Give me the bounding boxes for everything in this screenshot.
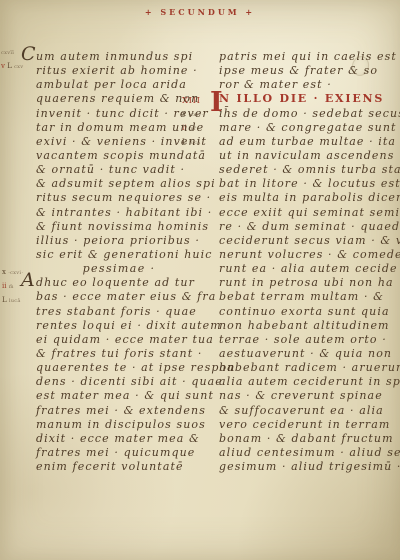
line-text: ritus exierit ab homine · bbox=[36, 64, 198, 77]
running-title: + SECUNDUM + bbox=[0, 7, 400, 17]
line-text: gesimum · aliud trigesimū · bbox=[219, 460, 400, 473]
line-text: rentes loqui ei · dixit autem bbox=[36, 319, 222, 332]
manuscript-line: habebant radicem · aruerunt · bbox=[219, 361, 389, 375]
line-text: ambulat per loca arida bbox=[36, 78, 187, 91]
manuscript-line: ceciderunt secus viam · & ve bbox=[219, 234, 389, 248]
line-text: bat in litore · & locutus est bbox=[219, 177, 400, 190]
manuscript-line: est mater mea · & qui sunt bbox=[36, 389, 202, 403]
line-text: nerunt volucres · & comede bbox=[219, 248, 400, 261]
line-text: vero ceciderunt in terram bbox=[219, 418, 390, 431]
manuscript-line: vacantem scopis mundatā bbox=[36, 149, 202, 163]
manuscript-line: bas · ecce mater eius & fra bbox=[36, 290, 202, 304]
line-text: & adsumit septem alios spi bbox=[36, 177, 216, 190]
line-text: bas · ecce mater eius & fra bbox=[36, 290, 216, 303]
line-text: patris mei qui in caelis est · bbox=[219, 50, 400, 63]
line-text: dixit · ecce mater mea & bbox=[36, 432, 200, 445]
line-text: sederet · & omnis turba sta bbox=[219, 163, 400, 176]
line-text: terrae · sole autem orto · bbox=[219, 333, 387, 346]
manuscript-line: rentes loqui ei · dixit autem bbox=[36, 319, 202, 333]
manuscript-line: dens · dicenti sibi ait · quae bbox=[36, 375, 202, 389]
manuscript-line: aliud centesimum · aliud sexa bbox=[219, 446, 389, 460]
line-text: dhuc eo loquente ad tur bbox=[36, 276, 195, 289]
line-text: bebat terram multam · & bbox=[219, 290, 384, 303]
line-text: ut in naviculam ascendens bbox=[219, 149, 394, 162]
manuscript-line: & ornatū · tunc vadit · bbox=[36, 163, 202, 177]
manuscript-line: & suffocaverunt ea · alia bbox=[219, 404, 389, 418]
line-text: ritus secum nequiores se · bbox=[36, 191, 211, 204]
line-text: non habebant altitudinem bbox=[219, 319, 390, 332]
text-column-left: Cum autem inmundus spiritus exierit ab h… bbox=[36, 50, 202, 474]
manuscript-line: non habebant altitudinem bbox=[219, 319, 389, 333]
margin-tiny-mark: m̄ bbox=[9, 284, 14, 290]
line-text: continuo exorta sunt quia bbox=[219, 305, 390, 318]
margin-tiny-mark: lucā bbox=[9, 298, 21, 304]
line-text: habebant radicem · aruerunt · bbox=[219, 361, 400, 374]
line-text: vacantem scopis mundatā bbox=[36, 149, 206, 162]
line-text: runt ea · alia autem cecide bbox=[219, 262, 398, 275]
line-text: alia autem ceciderunt in spi bbox=[219, 375, 400, 388]
manuscript-line: pessimae · bbox=[36, 262, 202, 276]
line-text: manum in discipulos suos bbox=[36, 418, 206, 431]
line-text: ei quidam · ecce mater tua bbox=[36, 333, 214, 346]
line-text: invenit · tunc dicit · rever bbox=[36, 107, 209, 120]
manuscript-line: enim fecerit voluntatē bbox=[36, 460, 202, 474]
line-text: fratres mei · quicumque bbox=[36, 446, 195, 459]
manuscript-line: bat in litore · & locutus est bbox=[219, 177, 389, 191]
line-text: aestuaverunt · & quia non bbox=[219, 347, 392, 360]
line-text: ceciderunt secus viam · & ve bbox=[219, 234, 400, 247]
manuscript-line: ih̄s de domo · sedebat secus bbox=[219, 107, 389, 121]
manuscript-line: fratres mei · & extendens bbox=[36, 404, 202, 418]
manuscript-line: nerunt volucres · & comede bbox=[219, 248, 389, 262]
manuscript-line: & intrantes · habitant ibi · bbox=[36, 206, 202, 220]
line-text: runt in petrosa ubi non ha bbox=[219, 276, 394, 289]
manuscript-line: bebat terram multam · & bbox=[219, 290, 389, 304]
line-text: enim fecerit voluntatē bbox=[36, 460, 184, 473]
line-text: ecce exiit qui seminat semina bbox=[219, 206, 400, 219]
line-text: bonam · & dabant fructum bbox=[219, 432, 394, 445]
manuscript-line: sederet · & omnis turba sta bbox=[219, 163, 389, 177]
line-text: & fratres tui foris stant · bbox=[36, 347, 202, 360]
manuscript-line: ad eum turbae multae · ita bbox=[219, 135, 389, 149]
manuscript-line: manum in discipulos suos bbox=[36, 418, 202, 432]
manuscript-line: illius · peiora prioribus · bbox=[36, 234, 202, 248]
margin-red-mark: ii bbox=[2, 282, 9, 290]
line-text: aliud centesimum · aliud sexa bbox=[219, 446, 400, 459]
margin-tiny-mark: cxvīī bbox=[1, 50, 14, 56]
manuscript-line: & fratres tui foris stant · bbox=[36, 347, 202, 361]
line-text: illius · peiora prioribus · bbox=[36, 234, 200, 247]
manuscript-line: runt in petrosa ubi non ha bbox=[219, 276, 389, 290]
line-text: ad eum turbae multae · ita bbox=[219, 135, 396, 148]
line-text: ih̄s de domo · sedebat secus bbox=[219, 107, 400, 120]
line-text: nas · & creverunt spinae bbox=[219, 389, 383, 402]
manuscript-line: fratres mei · quicumque bbox=[36, 446, 202, 460]
line-text: & fiunt novissima hominis bbox=[36, 220, 209, 233]
manuscript-line: & fiunt novissima hominis bbox=[36, 220, 202, 234]
manuscript-line: continuo exorta sunt quia bbox=[219, 305, 389, 319]
manuscript-line: tar in domum meam unde bbox=[36, 121, 202, 135]
manuscript-line: runt ea · alia autem cecide bbox=[219, 262, 389, 276]
manuscript-line: ritus exierit ab homine · bbox=[36, 64, 202, 78]
manuscript-line: ut in naviculam ascendens bbox=[219, 149, 389, 163]
manuscript-line: mare · & congregatae sunt bbox=[219, 121, 389, 135]
manuscript-line: re · & dum seminat · quaedā bbox=[219, 220, 389, 234]
manuscript-line: vero ceciderunt in terram bbox=[219, 418, 389, 432]
margin-note-row: L lucā bbox=[2, 292, 23, 306]
line-text: ror & mater est · bbox=[219, 78, 332, 91]
manuscript-line: quaerens requiem & non bbox=[36, 92, 202, 106]
line-text: N ILLO DIE · EXIENS bbox=[219, 92, 384, 105]
manuscript-line: bonam · & dabant fructum bbox=[219, 432, 389, 446]
manuscript-line: Cum autem inmundus spi bbox=[36, 50, 202, 64]
manuscript-line: ritus secum nequiores se · bbox=[36, 191, 202, 205]
line-text: re · & dum seminat · quaedā bbox=[219, 220, 400, 233]
manuscript-line: sic erit & generationi huic bbox=[36, 248, 202, 262]
margin-big-mark: L bbox=[2, 296, 9, 304]
manuscript-line: alia autem ceciderunt in spi bbox=[219, 375, 389, 389]
manuscript-line: invenit · tunc dicit · rever bbox=[36, 107, 202, 121]
line-text: tar in domum meam unde bbox=[36, 121, 204, 134]
manuscript-line: & adsumit septem alios spi bbox=[36, 177, 202, 191]
line-text: & suffocaverunt ea · alia bbox=[219, 404, 384, 417]
manuscript-page: + SECUNDUM + cxvīī v L cxv x ·cxvi· ii m… bbox=[0, 0, 400, 560]
line-text: quaerentes te · at ipse respon bbox=[36, 361, 235, 374]
line-text: pessimae · bbox=[83, 262, 156, 275]
manuscript-line: quaerentes te · at ipse respon bbox=[36, 361, 202, 375]
manuscript-line: Adhuc eo loquente ad tur bbox=[36, 276, 202, 290]
manuscript-line: terrae · sole autem orto · bbox=[219, 333, 389, 347]
line-text: fratres mei · & extendens bbox=[36, 404, 206, 417]
manuscript-line: exivi · & veniens · invenit bbox=[36, 135, 202, 149]
manuscript-line: gesimum · aliud trigesimū · bbox=[219, 460, 389, 474]
manuscript-line: dixit · ecce mater mea & bbox=[36, 432, 202, 446]
line-text: tres stabant foris · quae bbox=[36, 305, 197, 318]
manuscript-line: ambulat per loca arida bbox=[36, 78, 202, 92]
line-text: & intrantes · habitant ibi · bbox=[36, 206, 212, 219]
line-text: est mater mea · & qui sunt bbox=[36, 389, 214, 402]
line-text: mare · & congregatae sunt bbox=[219, 121, 397, 134]
line-text: exivi · & veniens · invenit bbox=[36, 135, 207, 148]
manuscript-line: ror & mater est · bbox=[219, 78, 389, 92]
text-column-right: patris mei qui in caelis est ·ipse meus … bbox=[219, 50, 389, 474]
line-text: um autem inmundus spi bbox=[36, 50, 193, 63]
manuscript-line: eis multa in parabolis dicens · bbox=[219, 191, 389, 205]
manuscript-line: tres stabant foris · quae bbox=[36, 305, 202, 319]
illuminated-initial: C bbox=[21, 47, 37, 61]
manuscript-line: IN ILLO DIE · EXIENS bbox=[219, 92, 389, 106]
illuminated-initial: A bbox=[21, 273, 36, 287]
manuscript-line: aestuaverunt · & quia non bbox=[219, 347, 389, 361]
line-text: sic erit & generationi huic bbox=[36, 248, 212, 261]
manuscript-line: ecce exiit qui seminat semina bbox=[219, 206, 389, 220]
manuscript-line: ei quidam · ecce mater tua bbox=[36, 333, 202, 347]
line-text: eis multa in parabolis dicens · bbox=[219, 191, 400, 204]
manuscript-line: nas · & creverunt spinae bbox=[219, 389, 389, 403]
line-text: quaerens requiem & non bbox=[36, 92, 199, 105]
line-text: dens · dicenti sibi ait · quae bbox=[36, 375, 223, 388]
line-text: & ornatū · tunc vadit · bbox=[36, 163, 185, 176]
